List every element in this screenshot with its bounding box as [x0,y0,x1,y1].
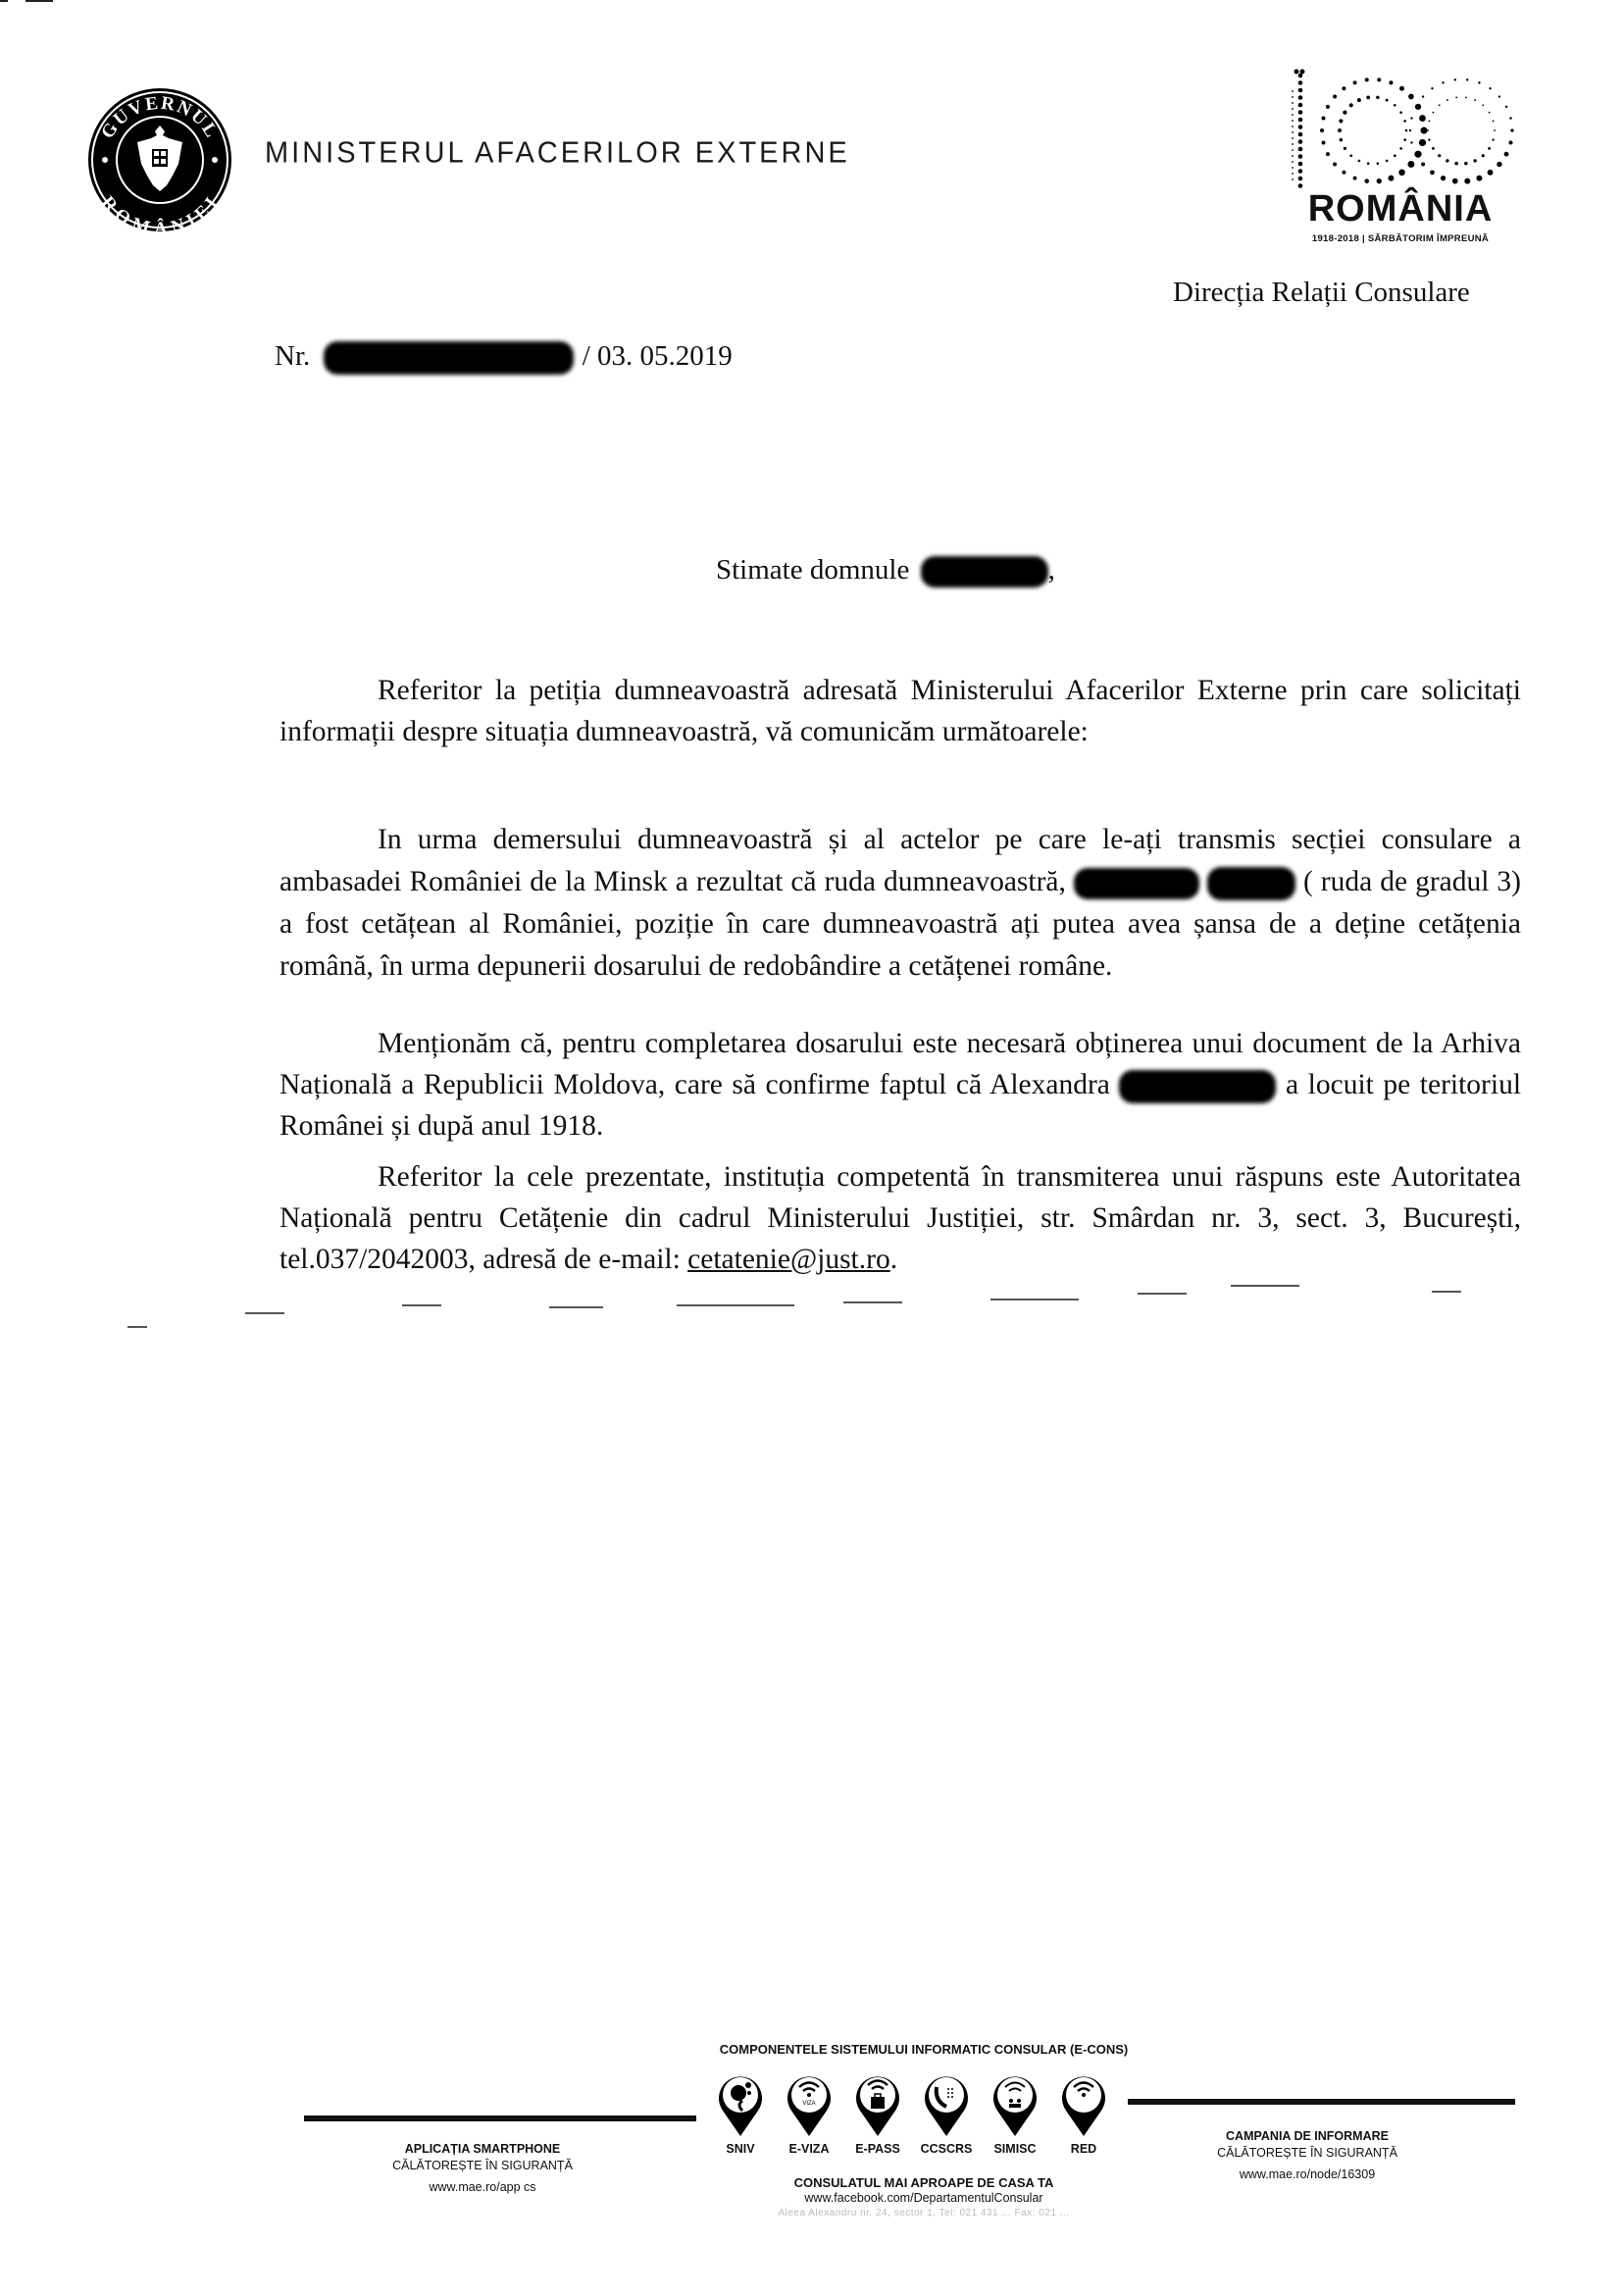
econs-component-e-viza: VIZAE-VIZA [780,2067,838,2156]
salutation-text: Stimate domnule [716,554,909,586]
scan-artifact [990,1299,1079,1300]
redacted-number [324,341,574,375]
econs-component-simisc: SIMISC [986,2067,1044,2156]
scan-artifact [843,1301,902,1303]
map-pin-wifi-people-icon [990,2067,1040,2138]
paragraph-requirement: Menționăm că, pentru completarea dosarul… [279,1023,1521,1147]
redacted-name [1119,1070,1276,1103]
map-pin-wifi-icon [1058,2067,1109,2138]
footer-campaign-line1: CAMPANIA DE INFORMARE [1190,2128,1425,2145]
scan-artifact [1432,1291,1461,1293]
reference-date: / 03. 05.2019 [583,340,733,372]
ministry-address: Aleea Alexandru nr. 24, sector 1, Tel: 0… [708,2208,1140,2218]
redacted-name [1207,867,1295,900]
footer-campaign-line2: CĂLĂTOREȘTE ÎN SIGURANȚĂ [1190,2145,1425,2162]
paragraph-findings: In urma demersului dumneavoastră și al a… [279,819,1521,988]
scan-artifact [1138,1293,1187,1295]
footer-app-line1: APLICAȚIA SMARTPHONE [365,2141,600,2158]
econs-component-label: E-PASS [848,2142,907,2156]
footer-rule-right [1128,2099,1515,2105]
svg-text:VIZA: VIZA [802,2101,815,2107]
footer-app-caption: APLICAȚIA SMARTPHONE CĂLĂTOREȘTE ÎN SIGU… [365,2141,600,2196]
footer-campaign-caption: CAMPANIA DE INFORMARE CĂLĂTOREȘTE ÎN SIG… [1190,2128,1425,2183]
econs-component-label: SNIV [711,2142,770,2156]
scan-artifact [402,1304,441,1306]
scan-artifact [677,1304,794,1306]
footer-rule-left [304,2116,696,2121]
econs-component-label: E-VIZA [780,2142,838,2156]
logo-tagline: 1918-2018 | SĂRBĂTORIM ÎMPREUNĂ [1277,233,1524,244]
map-pin-wifi-viza-icon: VIZA [784,2067,835,2138]
econs-title: COMPONENTELE SISTEMULUI INFORMATIC CONSU… [708,2042,1140,2057]
paragraph-text: Referitor la cele prezentate, instituția… [279,1161,1521,1275]
redacted-name [1074,868,1199,899]
scan-artifact [0,0,8,2]
logo-romania-title: ROMÂNIA [1283,188,1518,230]
salutation: Stimate domnule , [716,554,1055,587]
econs-component-red: RED [1054,2067,1113,2156]
footer-campaign-url[interactable]: www.mae.ro/node/16309 [1190,2167,1425,2183]
footer-app-line2: CĂLĂTOREȘTE ÎN SIGURANȚĂ [365,2158,600,2174]
reference-number: Nr. / 03. 05.2019 [275,340,733,375]
facebook-link[interactable]: www.facebook.com/DepartamentulConsular [708,2191,1140,2205]
scan-artifact [1231,1285,1299,1287]
scan-artifact [549,1306,603,1308]
romania-centenary-logo [1275,64,1520,201]
reference-prefix: Nr. [275,340,310,372]
ministry-name: MINISTERUL AFACERILOR EXTERNE [265,136,850,171]
scan-artifact [25,0,53,2]
econs-component-sniv: SNIV [711,2067,770,2156]
salutation-punct: , [1048,554,1055,586]
paragraph-intro: Referitor la petiția dumneavoastră adres… [279,670,1521,752]
scan-artifact [127,1326,147,1328]
map-pin-phone-icon [921,2067,972,2138]
econs-component-label: CCSCRS [917,2142,976,2156]
scan-artifact [245,1312,284,1314]
government-seal-logo: GUVERNUL ROMÂNIEI [86,86,233,233]
directorate-name: Direcția Relații Consulare [1173,277,1470,309]
econs-component-label: RED [1054,2142,1113,2156]
map-pin-sniv-icon [715,2067,766,2138]
paragraph-competent-authority: Referitor la cele prezentate, instituția… [279,1156,1521,1280]
paragraph-end: . [890,1244,897,1275]
footer-app-url[interactable]: www.mae.ro/app cs [365,2179,600,2196]
paragraph-text: Referitor la petiția dumneavoastră adres… [279,675,1521,747]
econs-component-label: SIMISC [986,2142,1044,2156]
redacted-name [921,556,1048,587]
map-pin-wifi-suitcase-icon [852,2067,903,2138]
econs-component-ccscrs: CCSCRS [917,2067,976,2156]
consulat-slogan: CONSULATUL MAI APROAPE DE CASA TA [708,2175,1140,2190]
email-link[interactable]: cetatenie@just.ro [687,1244,890,1275]
econs-component-e-pass: E-PASS [848,2067,907,2156]
